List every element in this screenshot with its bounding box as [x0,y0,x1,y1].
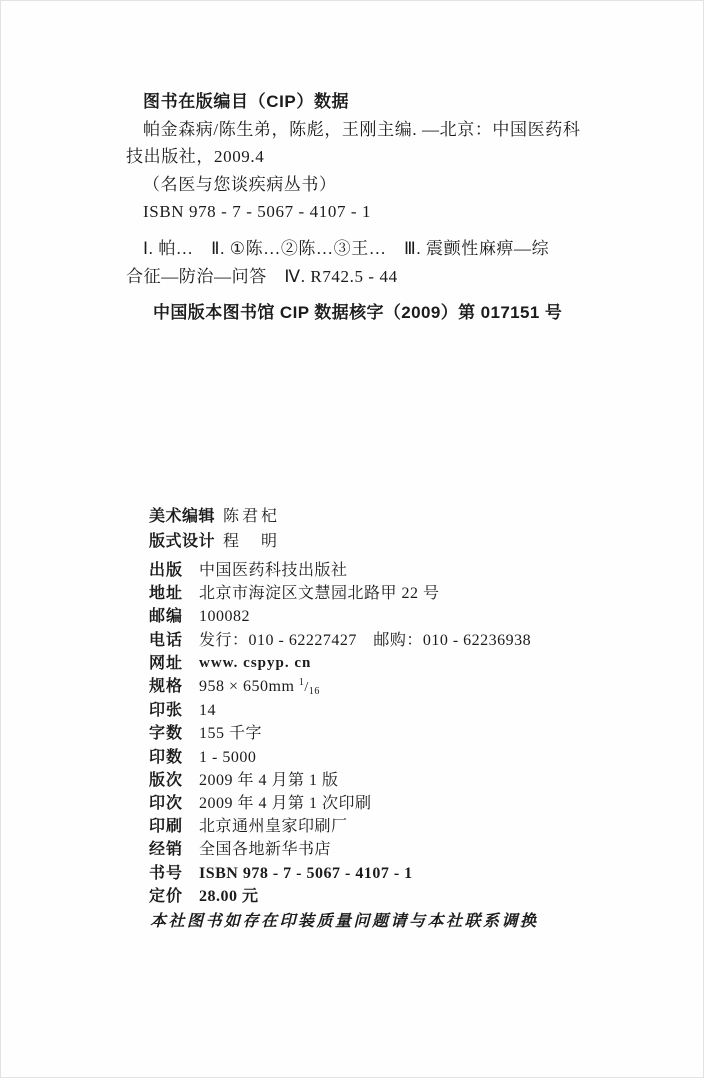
classification-line-2: 合征—防治—问答 Ⅳ. R742.5 - 44 [126,263,586,291]
row-value: 中国医药科技出版社 [199,559,348,582]
row-value: 北京通州皇家印刷厂 [199,815,348,838]
row-label: 字数 [149,722,199,745]
credit-row-art-editor: 美术编辑 陈君杞 [149,504,280,529]
row-label: 网址 [149,652,199,675]
row-value: 155 千字 [199,722,262,745]
cip-description-line-2: 技出版社，2009.4 [126,143,586,171]
website-url: www. cspyp. cn [199,652,311,675]
isbn-line: ISBN 978 - 7 - 5067 - 4107 - 1 [126,198,586,226]
colophon-row-distributor: 经销 全国各地新华书店 [149,838,531,861]
cip-title: 图书在版编目（CIP）数据 [126,88,586,116]
cip-data-block: 图书在版编目（CIP）数据 帕金森病/陈生弟，陈彪，王刚主编. —北京：中国医药… [126,88,586,327]
colophon-row-price: 定价 28.00 元 [149,885,531,908]
fraction-denominator: 16 [309,686,320,697]
cip-classification-block: Ⅰ. 帕… Ⅱ. ①陈…②陈…③王… Ⅲ. 震颤性麻痹—综 合征—防治—问答 Ⅳ… [126,235,586,290]
colophon-row-isbn: 书号 ISBN 978 - 7 - 5067 - 4107 - 1 [149,862,531,885]
series-title-line: （名医与您谈疾病丛书） [126,171,586,199]
row-label: 印数 [149,746,199,769]
colophon-row-sheets: 印张 14 [149,699,531,722]
price-value: 28.00 元 [199,885,259,908]
colophon-row-format: 规格 958 × 650mm 1/16 [149,675,531,699]
row-label: 书号 [149,862,199,885]
colophon-row-telephone: 电话 发行：010 - 62227427 邮购：010 - 62236938 [149,629,531,652]
credit-label: 美术编辑 [149,504,223,529]
row-value: 1 - 5000 [199,746,256,769]
row-label: 规格 [149,675,199,699]
row-label: 经销 [149,838,199,861]
row-label: 印次 [149,792,199,815]
quality-exchange-note: 本社图书如存在印装质量问题请与本社联系调换 [150,908,539,931]
colophon-row-publisher: 出版 中国医药科技出版社 [149,559,531,582]
row-label: 印张 [149,699,199,722]
colophon-row-website: 网址 www. cspyp. cn [149,652,531,675]
row-label: 地址 [149,582,199,605]
credit-label: 版式设计 [149,529,223,554]
row-label: 邮编 [149,605,199,628]
row-value: 发行：010 - 62227427 邮购：010 - 62236938 [199,629,531,652]
cip-registration-note: 中国版本图书馆 CIP 数据核字（2009）第 017151 号 [126,299,586,327]
cip-description-line-1: 帕金森病/陈生弟，陈彪，王刚主编. —北京：中国医药科 [126,116,586,144]
colophon-row-edition: 版次 2009 年 4 月第 1 版 [149,769,531,792]
row-value: 14 [199,699,216,722]
row-label: 电话 [149,629,199,652]
row-value: 2009 年 4 月第 1 次印刷 [199,792,372,815]
row-label: 印刷 [149,815,199,838]
row-value: 100082 [199,605,250,628]
colophon-block: 出版 中国医药科技出版社 地址 北京市海淀区文慧园北路甲 22 号 邮编 100… [149,559,531,908]
isbn-value: ISBN 978 - 7 - 5067 - 4107 - 1 [199,862,413,885]
row-label: 出版 [149,559,199,582]
book-copyright-page: 图书在版编目（CIP）数据 帕金森病/陈生弟，陈彪，王刚主编. —北京：中国医药… [0,0,704,1078]
colophon-row-printer: 印刷 北京通州皇家印刷厂 [149,815,531,838]
format-spec-base: 958 × 650mm [199,678,299,695]
colophon-row-word-count: 字数 155 千字 [149,722,531,745]
colophon-row-print-run: 印数 1 - 5000 [149,746,531,769]
row-label: 定价 [149,885,199,908]
colophon-row-postcode: 邮编 100082 [149,605,531,628]
colophon-row-impression: 印次 2009 年 4 月第 1 次印刷 [149,792,531,815]
format-spec: 958 × 650mm 1/16 [199,675,320,699]
row-value: 全国各地新华书店 [199,838,331,861]
row-value: 2009 年 4 月第 1 版 [199,769,339,792]
credit-value: 程 明 [223,529,280,554]
credits-block: 美术编辑 陈君杞 版式设计 程 明 [149,504,280,554]
row-value: 北京市海淀区文慧园北路甲 22 号 [199,582,440,605]
colophon-row-address: 地址 北京市海淀区文慧园北路甲 22 号 [149,582,531,605]
credit-value: 陈君杞 [223,504,280,529]
row-label: 版次 [149,769,199,792]
classification-line-1: Ⅰ. 帕… Ⅱ. ①陈…②陈…③王… Ⅲ. 震颤性麻痹—综 [126,235,586,263]
credit-row-layout-design: 版式设计 程 明 [149,529,280,554]
